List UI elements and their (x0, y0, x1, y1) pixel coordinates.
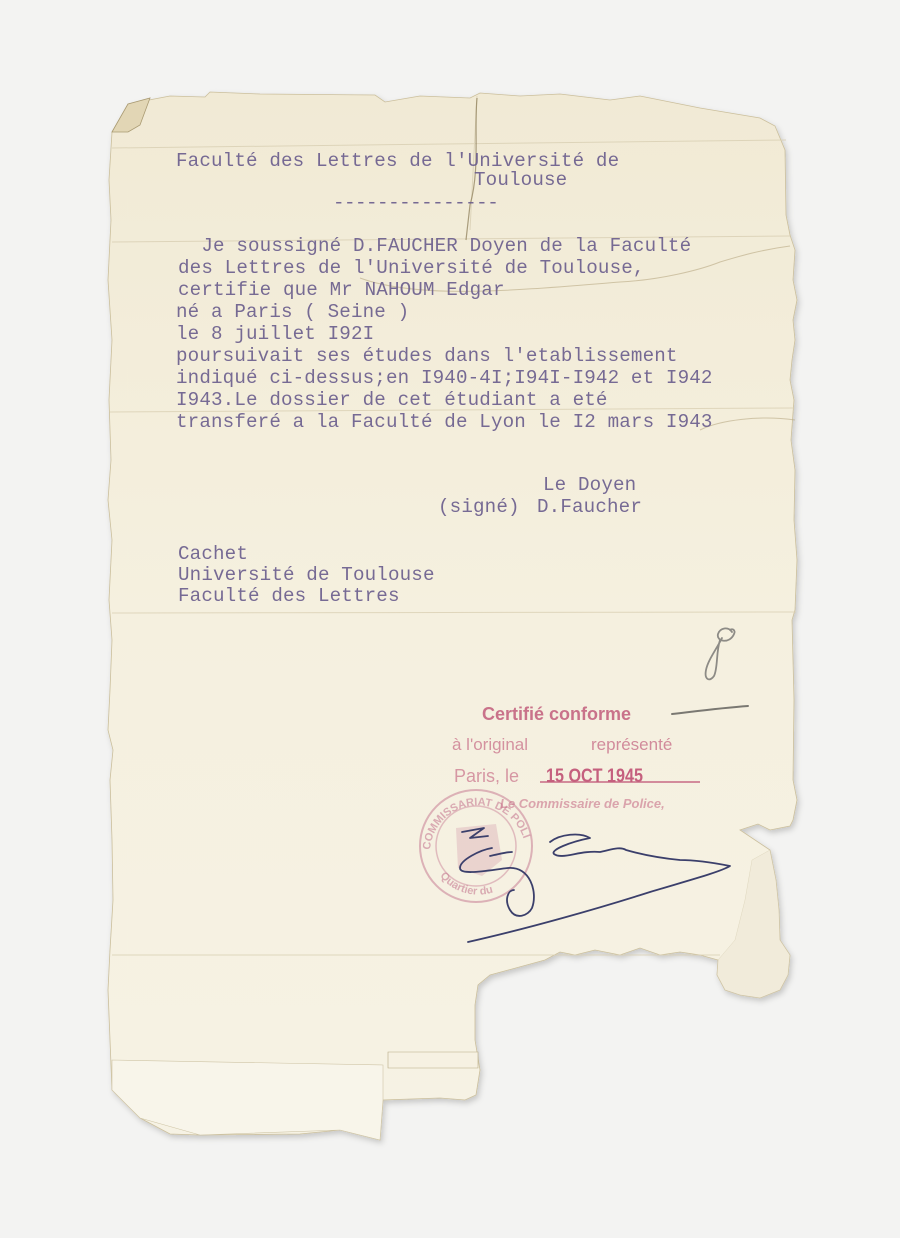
signature-signed-label: (signé) (438, 497, 520, 518)
stamp-signatory: Le Commissaire de Police, (500, 796, 665, 811)
body-line: transferé a la Faculté de Lyon le I2 mar… (176, 412, 713, 433)
body-line: né a Paris ( Seine ) (176, 302, 409, 323)
stamp-certified-line: Certifié conforme (482, 704, 631, 725)
body-line: des Lettres de l'Université de Toulouse, (178, 258, 645, 279)
body-line: indiqué ci-dessus;en I940-4I;I94I-I942 e… (176, 368, 713, 389)
body-line: certifie que Mr NAHOUM Edgar (178, 280, 505, 301)
paper-sheet (0, 0, 900, 1238)
stamp-original-line-a: à l'original (452, 735, 528, 755)
body-line: Je soussigné D.FAUCHER Doyen de la Facul… (178, 236, 691, 257)
signature-title: Le Doyen (543, 475, 636, 496)
body-line: I943.Le dossier de cet étudiant a eté (176, 390, 608, 411)
signature-name: D.Faucher (537, 497, 642, 518)
stamp-original-line-b: représenté (591, 735, 672, 755)
cachet-line: Faculté des Lettres (178, 586, 400, 607)
stamp-date-strike (540, 781, 700, 783)
header-line-2: Toulouse (474, 170, 567, 191)
body-line: le 8 juillet I92I (176, 324, 374, 345)
stamp-place-label: Paris, le (454, 766, 519, 787)
pencil-dash (670, 700, 750, 720)
stamp-date: 15 OCT 1945 (546, 766, 643, 788)
header-rule: --------------- (333, 193, 498, 214)
cachet-line: Université de Toulouse (178, 565, 435, 586)
commissioner-signature (450, 820, 750, 950)
body-line: poursuivait ses études dans l'etablissem… (176, 346, 678, 367)
cachet-line: Cachet (178, 544, 248, 565)
